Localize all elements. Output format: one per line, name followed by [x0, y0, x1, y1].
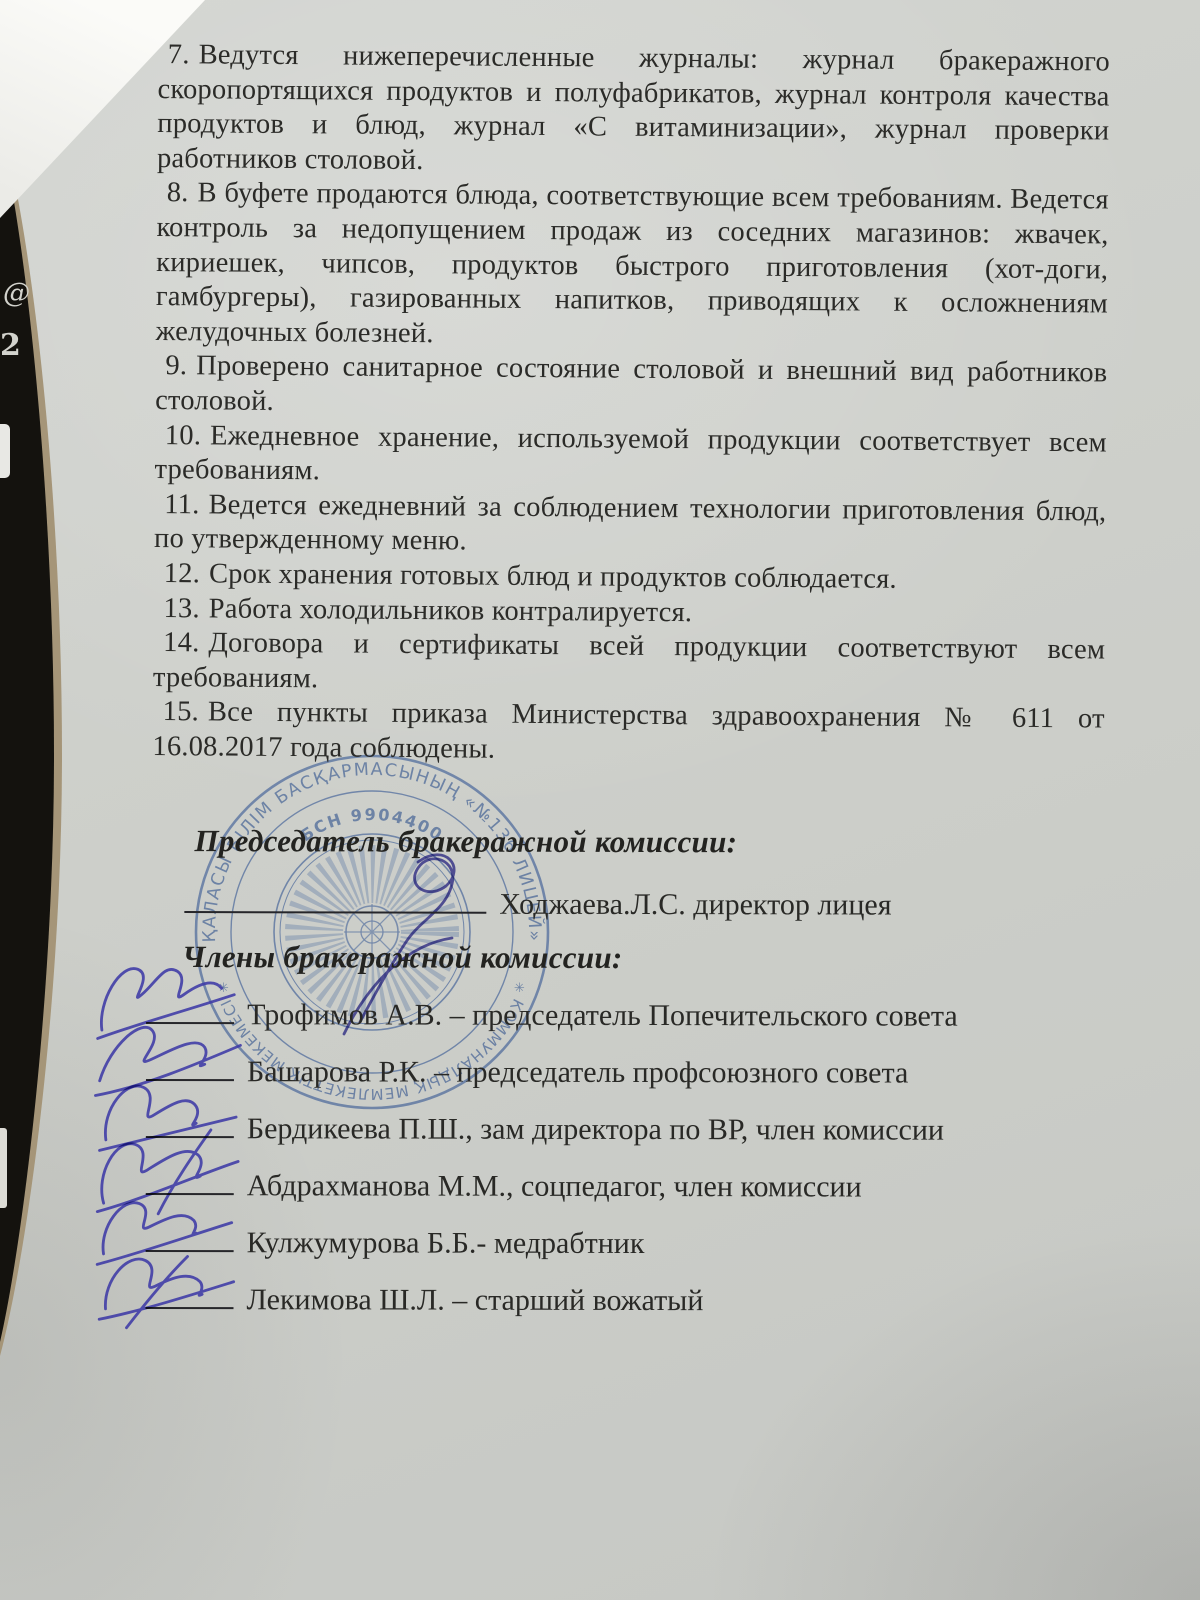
member-name: Трофимов А.В. – председатель Попечительс… — [247, 999, 958, 1033]
item-number: 12. — [164, 558, 200, 589]
signature-line — [146, 1281, 234, 1309]
paper-edge — [0, 118, 62, 1356]
dark-strip-fill — [0, 130, 54, 1342]
item-text: Договора и сертификаты всей продукции со… — [153, 628, 1105, 694]
signature-line — [146, 996, 234, 1024]
item-10: 10.Ежедневное хранение, используемой про… — [154, 419, 1107, 496]
item-number: 13. — [163, 593, 199, 624]
item-8: 8.В буфете продаются блюда, соответствую… — [156, 176, 1109, 356]
item-text: В буфете продаются блюда, соответствующи… — [156, 178, 1109, 349]
item-number: 10. — [165, 420, 201, 451]
item-text: Проверено санитарное состояние столовой … — [155, 351, 1107, 417]
member-row: Абдрахманова М.М., соцпедагог, член коми… — [146, 1167, 1110, 1205]
member-name: Бердикеева П.Ш., зам директора по ВР, чл… — [247, 1113, 944, 1147]
member-row: Башарова Р.К. – председатель профсоюзног… — [146, 1053, 1110, 1091]
item-number: 9. — [165, 350, 187, 381]
member-row: Лекимова Ш.Л. – старший вожатый — [145, 1281, 1109, 1319]
member-row: Бердикеева П.Ш., зам директора по ВР, чл… — [146, 1110, 1110, 1148]
numbered-items: 7.Ведутся нижеперечисленные журналы: жур… — [152, 38, 1110, 772]
signature-line — [146, 1053, 234, 1081]
member-name: Башарова Р.К. – председатель профсоюзног… — [247, 1056, 908, 1090]
member-row: Кулжумурова Б.Б.- медрабтник — [146, 1224, 1110, 1262]
item-9: 9.Проверено санитарное состояние столово… — [155, 349, 1108, 426]
item-number: 14. — [163, 627, 199, 658]
item-number: 8. — [167, 177, 189, 208]
item-text: Работа холодильников контралируется. — [209, 593, 693, 628]
item-7: 7.Ведутся нижеперечисленные журналы: жур… — [157, 38, 1110, 184]
item-14: 14.Договора и сертификаты всей продукции… — [153, 626, 1106, 703]
member-name: Лекимова Ш.Л. – старший вожатый — [246, 1284, 703, 1318]
dark-background-strip: @ 2 — [0, 0, 90, 1600]
item-text: Все пункты приказа Министерства здравоох… — [152, 697, 1104, 765]
chairman-heading: Председатель бракеражной комиссии: — [194, 824, 1110, 862]
item-number: 7. — [168, 39, 190, 70]
item-text: Ежедневное хранение, используемой продук… — [154, 420, 1106, 486]
signature-section: Председатель бракеражной комиссии: Ходжа… — [157, 823, 1110, 1319]
chairman-row: Ходжаева.Л.С. директор лицея — [184, 886, 1110, 924]
item-number: 15. — [163, 696, 199, 727]
member-row: Трофимов А.В. – председатель Попечительс… — [146, 996, 1110, 1034]
item-15: 15.Все пункты приказа Министерства здрав… — [152, 695, 1105, 772]
background-at-glyph: @ — [3, 278, 30, 309]
item-number: 11. — [164, 489, 199, 520]
document-page: 7.Ведутся нижеперечисленные журналы: жур… — [158, 38, 1110, 1318]
member-name: Абдрахманова М.М., соцпедагог, член коми… — [247, 1170, 862, 1204]
signature-line — [184, 886, 486, 915]
signature-line — [146, 1224, 234, 1252]
item-11: 11.Ведется ежедневний за соблюдением тех… — [154, 488, 1107, 565]
document-photo: @ 2 ҚАЛАСЫ БІЛІМ БАСҚАРМАСЫНЫҢ «№136 ЛИЦ… — [0, 0, 1200, 1600]
background-2-glyph: 2 — [0, 328, 21, 363]
signature-line — [146, 1110, 234, 1138]
background-white-block — [0, 424, 10, 478]
item-text: Ведутся нижеперечисленные журналы: журна… — [157, 39, 1110, 176]
item-text: Срок хранения готовых блюд и продуктов с… — [209, 558, 897, 594]
background-white-block-2 — [0, 1128, 7, 1208]
member-name: Кулжумурова Б.Б.- медрабтник — [247, 1227, 645, 1261]
signature-line — [146, 1167, 234, 1195]
members-heading: Члены бракеражной комиссии: — [182, 940, 1110, 978]
item-text: Ведется ежедневний за соблюдением технол… — [154, 489, 1106, 557]
chairman-name: Ходжаева.Л.С. директор лицея — [499, 888, 891, 922]
